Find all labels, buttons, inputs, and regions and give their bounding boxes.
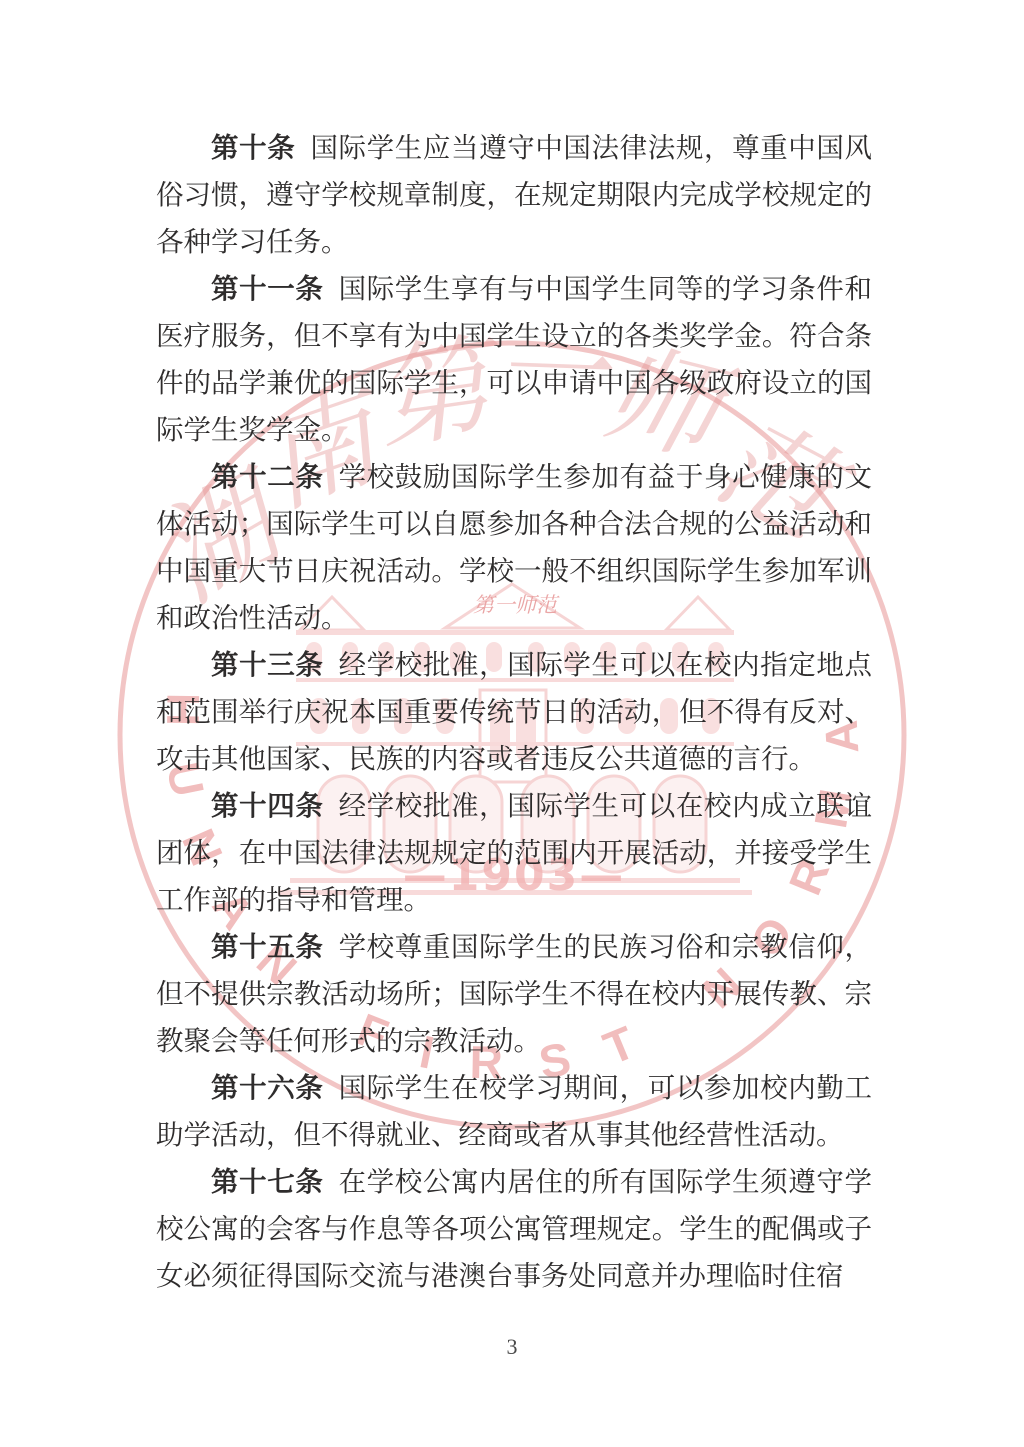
- article-paragraph: 第十五条学校尊重国际学生的民族习俗和宗教信仰，但不提供宗教活动场所；国际学生不得…: [156, 923, 872, 1064]
- article-number: 第十一条: [211, 273, 323, 304]
- article-number: 第十七条: [211, 1166, 323, 1197]
- article-number: 第十条: [211, 132, 295, 163]
- article-paragraph: 第十二条学校鼓励国际学生参加有益于身心健康的文体活动；国际学生可以自愿参加各种合…: [156, 453, 872, 641]
- article-number: 第十五条: [211, 931, 323, 962]
- page-number: 3: [0, 1334, 1024, 1360]
- article-paragraph: 第十一条国际学生享有与中国学生同等的学习条件和医疗服务，但不享有为中国学生设立的…: [156, 265, 872, 453]
- article-paragraph: 第十七条在学校公寓内居住的所有国际学生须遵守学校公寓的会客与作息等各项公寓管理规…: [156, 1158, 872, 1299]
- article-number: 第十三条: [211, 649, 323, 680]
- article-paragraph: 第十三条经学校批准，国际学生可以在校内指定地点和范围举行庆祝本国重要传统节日的活…: [156, 641, 872, 782]
- article-paragraph: 第十四条经学校批准，国际学生可以在校内成立联谊团体，在中国法律法规规定的范围内开…: [156, 782, 872, 923]
- article-number: 第十六条: [211, 1072, 323, 1103]
- article-paragraph: 第十六条国际学生在校学习期间，可以参加校内勤工助学活动，但不得就业、经商或者从事…: [156, 1064, 872, 1158]
- article-number: 第十四条: [211, 790, 323, 821]
- article-paragraph: 第十条国际学生应当遵守中国法律法规，尊重中国风俗习惯，遵守学校规章制度，在规定期…: [156, 124, 872, 265]
- article-number: 第十二条: [211, 461, 323, 492]
- document-body: 第十条国际学生应当遵守中国法律法规，尊重中国风俗习惯，遵守学校规章制度，在规定期…: [156, 124, 872, 1299]
- document-page: 湖 南 第 一 师 范: [0, 0, 1024, 1447]
